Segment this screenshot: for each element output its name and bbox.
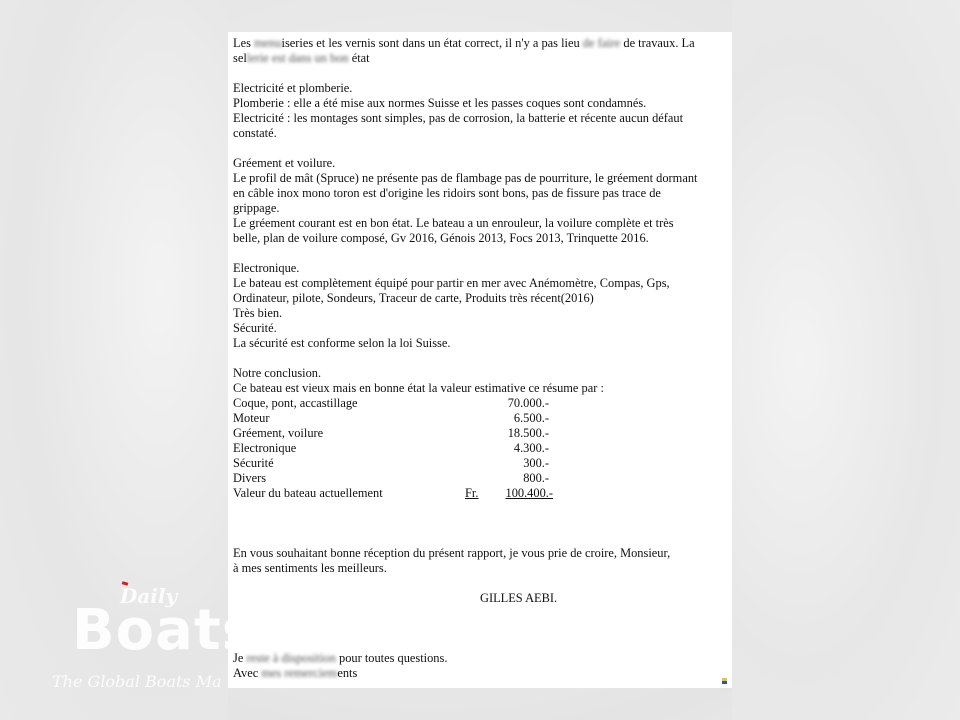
- paragraph-line: Très bien.: [233, 306, 727, 321]
- section-title-electronique: Electronique.: [233, 261, 727, 276]
- paragraph-line: Sécurité.: [233, 321, 727, 336]
- redacted-text: lerie est dans un bon: [247, 51, 349, 65]
- valuation-label: Moteur: [233, 411, 433, 426]
- valuation-row: Moteur6.500.-: [233, 411, 727, 426]
- signature: GILLES AEBI.: [233, 591, 727, 606]
- valuation-label: Coque, pont, accastillage: [233, 396, 433, 411]
- valuation-table: Coque, pont, accastillage70.000.-Moteur6…: [233, 396, 727, 486]
- closing-line: En vous souhaitant bonne réception du pr…: [233, 546, 727, 561]
- valuation-value: 18.500.-: [505, 426, 549, 441]
- text: Les: [233, 36, 254, 50]
- redacted-text: mes remerciem: [261, 666, 337, 680]
- section-title-conclusion: Notre conclusion.: [233, 366, 727, 381]
- background-blur-right: [732, 0, 960, 720]
- flag-icon: [722, 678, 727, 684]
- valuation-row: Electronique4.300.-: [233, 441, 727, 456]
- valuation-value: 800.-: [505, 471, 549, 486]
- total-label: Valeur du bateau actuellement: [233, 486, 433, 501]
- valuation-total-row: Valeur du bateau actuellement Fr. 100.40…: [233, 486, 727, 501]
- total-value: 100.400.-: [505, 486, 553, 501]
- paragraph-line: Le profil de mât (Spruce) ne présente pa…: [233, 171, 727, 186]
- valuation-value: 300.-: [505, 456, 549, 471]
- paragraph-line: Electricité : les montages sont simples,…: [233, 111, 727, 126]
- paragraph-line: grippage.: [233, 201, 727, 216]
- redacted-text: de faire: [583, 36, 621, 50]
- valuation-row: Divers800.-: [233, 471, 727, 486]
- valuation-row: Gréement, voilure18.500.-: [233, 426, 727, 441]
- valuation-value: 4.300.-: [505, 441, 549, 456]
- total-amount: Fr. 100.400.-: [465, 486, 553, 501]
- text: de travaux. La: [620, 36, 694, 50]
- paragraph-line: constaté.: [233, 126, 727, 141]
- valuation-value: 6.500.-: [505, 411, 549, 426]
- background-blur-left: [0, 0, 228, 720]
- valuation-label: Gréement, voilure: [233, 426, 433, 441]
- postscript-line-1: Je reste à disposition pour toutes quest…: [233, 651, 727, 666]
- document-page: Les menuiseries et les vernis sont dans …: [228, 32, 732, 688]
- closing-line: à mes sentiments les meilleurs.: [233, 561, 727, 576]
- intro-line-1: Les menuiseries et les vernis sont dans …: [233, 36, 727, 51]
- paragraph-line: Le bateau est complètement équipé pour p…: [233, 276, 727, 291]
- text: Je: [233, 651, 246, 665]
- text: Avec: [233, 666, 261, 680]
- valuation-row: Coque, pont, accastillage70.000.-: [233, 396, 727, 411]
- redacted-text: reste à disposition: [246, 651, 335, 665]
- section-title-electricite: Electricité et plomberie.: [233, 81, 727, 96]
- valuation-label: Sécurité: [233, 456, 433, 471]
- section-title-greement: Gréement et voilure.: [233, 156, 727, 171]
- total-currency: Fr.: [465, 486, 505, 501]
- text: ents: [337, 666, 357, 680]
- text: état: [349, 51, 370, 65]
- conclusion-intro: Ce bateau est vieux mais en bonne état l…: [233, 381, 727, 396]
- paragraph-line: Le gréement courant est en bon état. Le …: [233, 216, 727, 231]
- paragraph-line: en câble inox mono toron est d'origine l…: [233, 186, 727, 201]
- text: sel: [233, 51, 247, 65]
- valuation-label: Electronique: [233, 441, 433, 456]
- redacted-text: menu: [254, 36, 282, 50]
- intro-line-2: sellerie est dans un bon état: [233, 51, 727, 66]
- paragraph-line: Ordinateur, pilote, Sondeurs, Traceur de…: [233, 291, 727, 306]
- text: pour toutes questions.: [336, 651, 448, 665]
- postscript-line-2: Avec mes remerciements: [233, 666, 727, 681]
- paragraph-line: Plomberie : elle a été mise aux normes S…: [233, 96, 727, 111]
- valuation-value: 70.000.-: [505, 396, 549, 411]
- paragraph-line: belle, plan de voilure composé, Gv 2016,…: [233, 231, 727, 246]
- document-content: Les menuiseries et les vernis sont dans …: [233, 36, 727, 681]
- valuation-label: Divers: [233, 471, 433, 486]
- paragraph-line: La sécurité est conforme selon la loi Su…: [233, 336, 727, 351]
- valuation-row: Sécurité300.-: [233, 456, 727, 471]
- text: iseries et les vernis sont dans un état …: [282, 36, 583, 50]
